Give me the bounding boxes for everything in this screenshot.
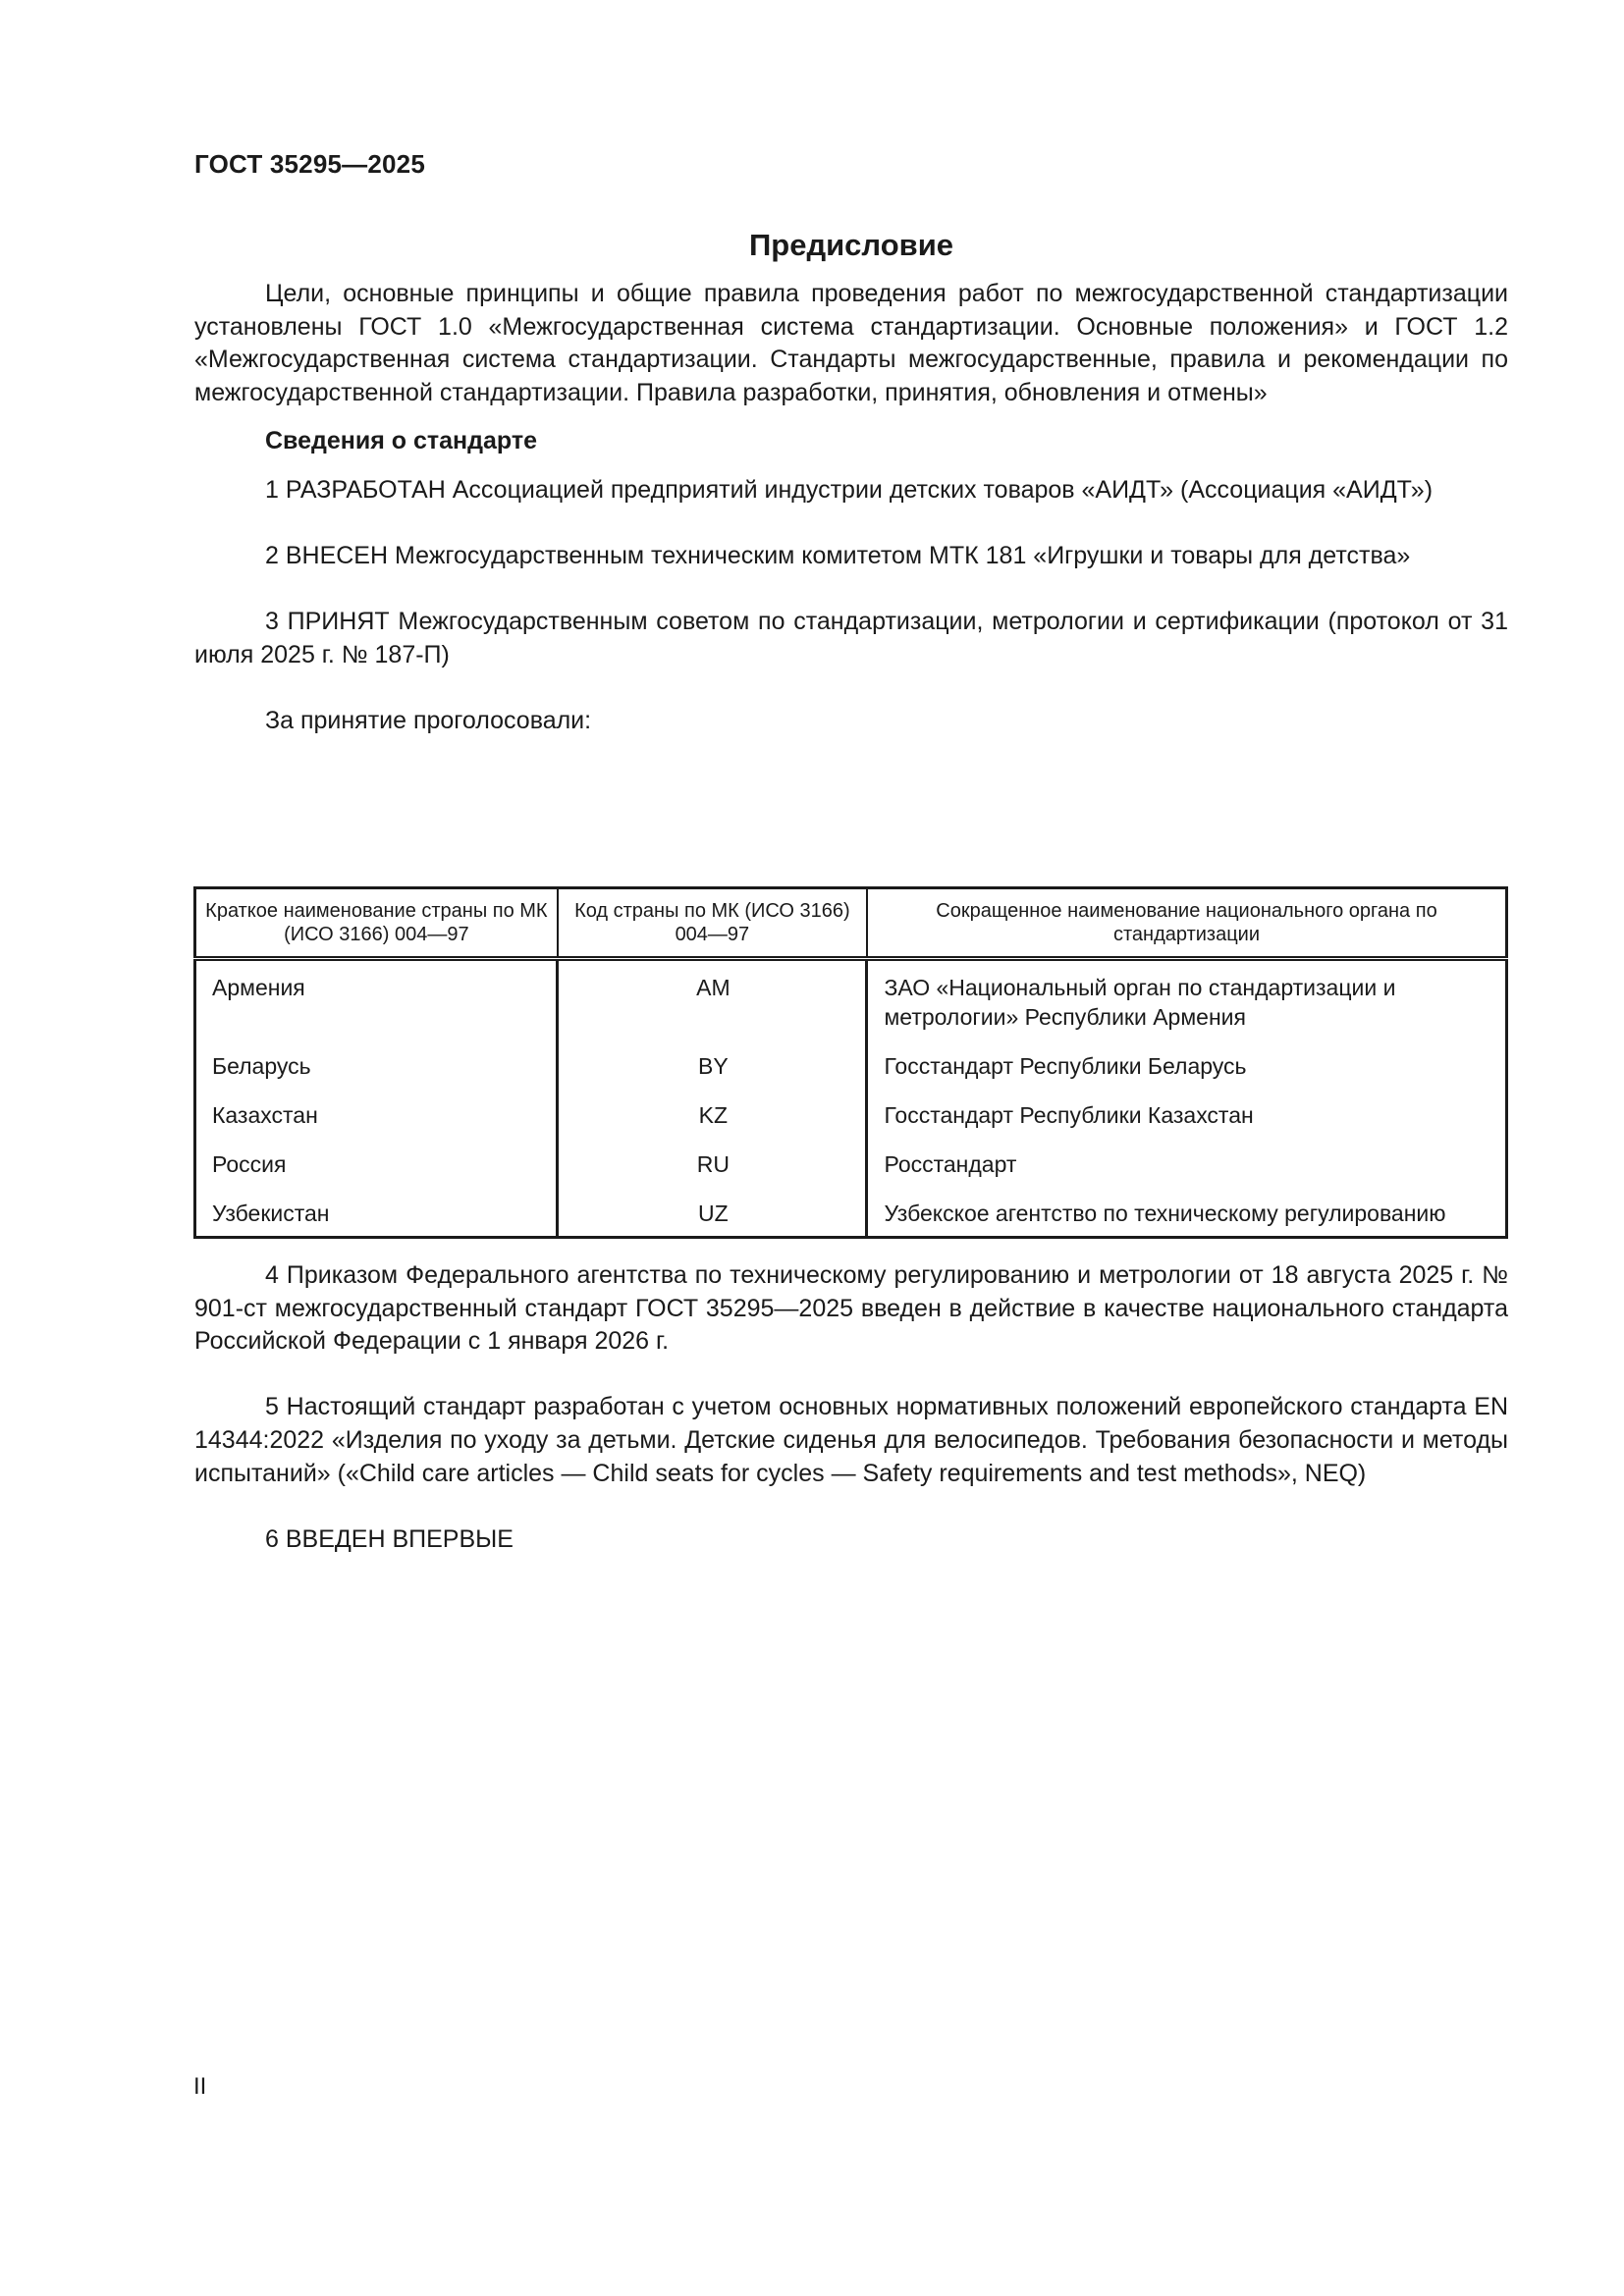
item-first: 6 ВВЕДЕН ВПЕРВЫЕ [194,1523,1508,1557]
foreword-body-bottom: 4 Приказом Федерального агентства по тех… [194,1259,1508,1556]
country-code: UZ [558,1195,867,1238]
country-code: RU [558,1146,867,1195]
country-name: Беларусь [195,1047,558,1096]
voted-label: За принятие проголосовали: [194,705,1508,738]
header-country-name: Краткое наименование страны по МК (ИСО 3… [195,888,558,959]
table-row: Россия RU Росстандарт [195,1146,1507,1195]
country-name: Россия [195,1146,558,1195]
table-row: Армения AM ЗАО «Национальный орган по ст… [195,959,1507,1048]
item-basis: 5 Настоящий стандарт разработан с учетом… [194,1391,1508,1490]
standards-body: Росстандарт [867,1146,1507,1195]
item-order: 4 Приказом Федерального агентства по тех… [194,1259,1508,1359]
country-code: BY [558,1047,867,1096]
country-code: AM [558,959,867,1048]
document-standard-id: ГОСТ 35295—2025 [194,148,425,180]
standards-body: Узбекское агентство по техническому регу… [867,1195,1507,1238]
info-heading: Сведения о стандарте [194,425,1508,458]
header-standards-body: Сокращенное наименование национального о… [867,888,1507,959]
header-country-code: Код страны по МК (ИСО 3166) 004—97 [558,888,867,959]
country-name: Казахстан [195,1096,558,1146]
table-row: Узбекистан UZ Узбекское агентство по тех… [195,1195,1507,1238]
item-submitted: 2 ВНЕСЕН Межгосударственным техническим … [194,540,1508,573]
page-title: Предисловие [194,226,1508,265]
table-row: Беларусь BY Госстандарт Республики Белар… [195,1047,1507,1096]
item-developed: 1 РАЗРАБОТАН Ассоциацией предприятий инд… [194,474,1508,507]
foreword-body-top: Цели, основные принципы и общие правила … [194,278,1508,738]
standards-body: ЗАО «Национальный орган по стандартизаци… [867,959,1507,1048]
standards-body: Госстандарт Республики Казахстан [867,1096,1507,1146]
country-name: Армения [195,959,558,1048]
intro-paragraph: Цели, основные принципы и общие правила … [194,278,1508,409]
voters-table: Краткое наименование страны по МК (ИСО 3… [193,886,1508,1239]
table-row: Казахстан KZ Госстандарт Республики Каза… [195,1096,1507,1146]
page-number: II [193,2073,206,2101]
standards-body: Госстандарт Республики Беларусь [867,1047,1507,1096]
country-code: KZ [558,1096,867,1146]
table-header-row: Краткое наименование страны по МК (ИСО 3… [195,888,1507,959]
country-name: Узбекистан [195,1195,558,1238]
item-adopted: 3 ПРИНЯТ Межгосударственным советом по с… [194,606,1508,671]
